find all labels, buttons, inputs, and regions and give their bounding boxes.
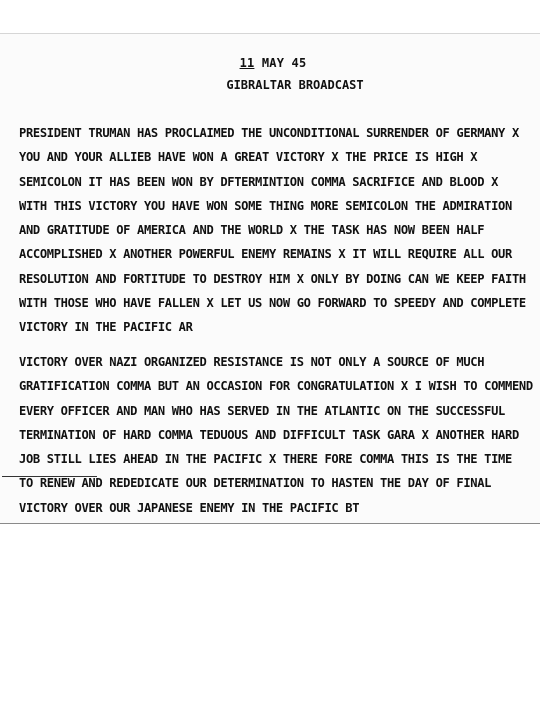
paragraph-2: VICTORY OVER NAZI ORGANIZED RESISTANCE I… [19, 350, 539, 520]
text-line: WITH THIS VICTORY YOU HAVE WON SOME THIN… [19, 194, 518, 218]
text-line: VICTORY OVER OUR JAPANESE ENEMY IN THE P… [19, 496, 518, 520]
text-line: JOB STILL LIES AHEAD IN THE PACIFIC X TH… [19, 447, 518, 471]
text-line: PRESIDENT TRUMAN HAS PROCLAIMED THE UNCO… [19, 121, 518, 145]
text-line: GRATIFICATION COMMA BUT AN OCCASION FOR … [19, 374, 518, 398]
date-month-year: MAY 45 [262, 56, 307, 70]
document-title: GIBRALTAR BROADCAST [0, 78, 540, 92]
text-line: VICTORY IN THE PACIFIC AR [19, 315, 518, 339]
text-line: VICTORY OVER NAZI ORGANIZED RESISTANCE I… [19, 350, 518, 374]
paragraph-1: PRESIDENT TRUMAN HAS PROCLAIMED THE UNCO… [19, 121, 539, 340]
text-line: AND GRATITUDE OF AMERICA AND THE WORLD X… [19, 218, 518, 242]
text-line: RESOLUTION AND FORTITUDE TO DESTROY HIM … [19, 267, 518, 291]
text-line: SEMICOLON IT HAS BEEN WON BY DFTERMINTIO… [19, 170, 518, 194]
text-line: EVERY OFFICER AND MAN WHO HAS SERVED IN … [19, 399, 518, 423]
document-date: 11 MAY 45 [0, 56, 540, 70]
strike-through-mark [2, 476, 97, 477]
text-line: WITH THOSE WHO HAVE FALLEN X LET US NOW … [19, 291, 518, 315]
text-line: YOU AND YOUR ALLIEB HAVE WON A GREAT VIC… [19, 145, 518, 169]
text-line: ACCOMPLISHED X ANOTHER POWERFUL ENEMY RE… [19, 242, 518, 266]
text-line: TERMINATION OF HARD COMMA TEDUOUS AND DI… [19, 423, 518, 447]
date-day: 11 [240, 56, 255, 70]
